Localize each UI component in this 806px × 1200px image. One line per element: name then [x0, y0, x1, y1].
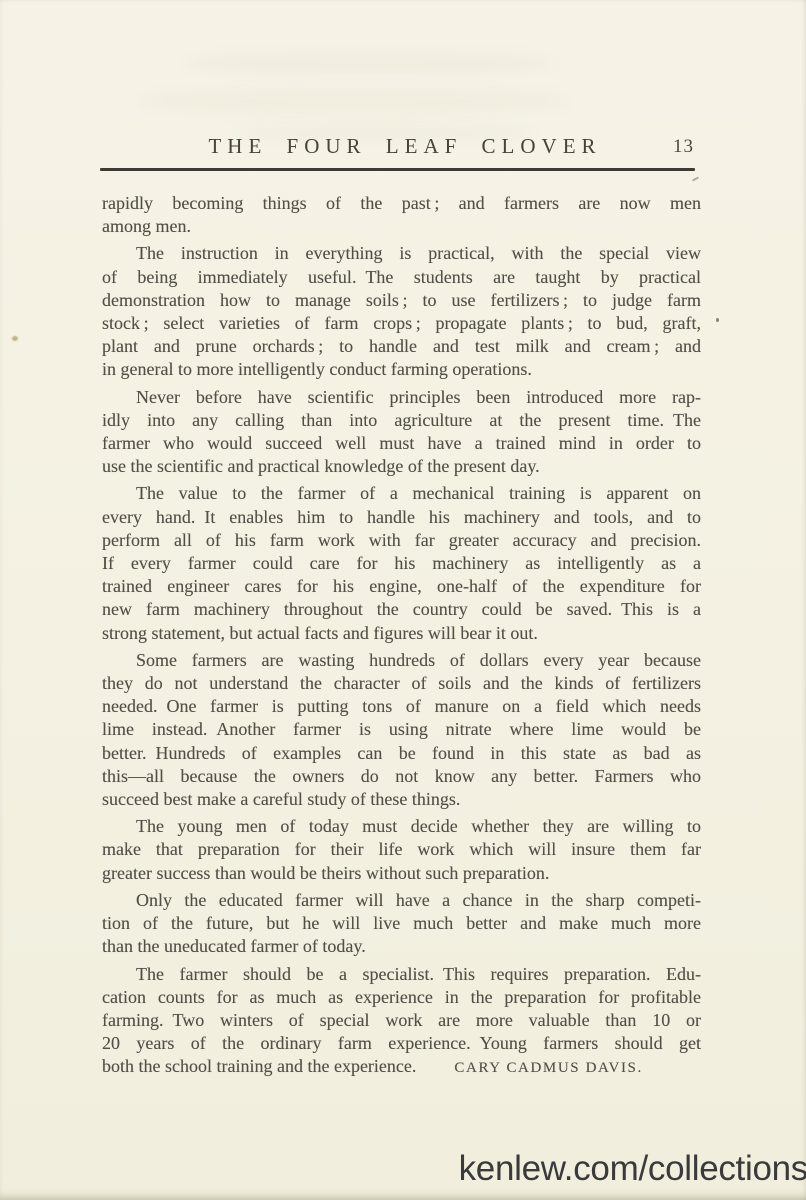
- text-line: succeed best make a careful study of the…: [102, 788, 701, 811]
- text-line: they do not understand the character of …: [102, 672, 701, 695]
- rule-tick-mark: [692, 176, 699, 181]
- page-header: THE FOUR LEAF CLOVER 13: [102, 134, 702, 162]
- text-line: needed. One farmer is putting tons of ma…: [102, 695, 701, 718]
- text-line: of being immediately useful. The student…: [102, 266, 701, 289]
- watermark: kenlew.com/collections: [459, 1149, 806, 1189]
- text-line: than the uneducated farmer of today.: [102, 935, 701, 958]
- text-line: this—all because the owners do not know …: [102, 765, 701, 788]
- text-line: among men.: [102, 215, 701, 238]
- text-line: new farm machinery throughout the countr…: [102, 598, 701, 621]
- page-number: 13: [673, 136, 694, 158]
- text-line: trained engineer cares for his engine, o…: [102, 575, 701, 598]
- text-line: 20 years of the ordinary farm experience…: [102, 1032, 701, 1055]
- paragraph: rapidly becoming things of the past ; an…: [102, 192, 701, 238]
- paragraph: Never before have scientific principles …: [102, 386, 701, 479]
- text-line: make that preparation for their life wor…: [102, 838, 701, 861]
- bleedthrough-ghost: [185, 52, 555, 74]
- text-line: The farmer should be a specialist. This …: [102, 963, 701, 986]
- text-line: farming. Two winters of special work are…: [102, 1009, 701, 1032]
- text-line: farmer who would succeed well must have …: [102, 432, 701, 455]
- header-rule: [100, 168, 695, 171]
- paragraph: The farmer should be a specialist. This …: [102, 963, 701, 1081]
- text-line: every hand. It enables him to handle his…: [102, 506, 701, 529]
- text-line: stock ; select varieties of farm crops ;…: [102, 312, 701, 335]
- paper-speck: [12, 336, 18, 341]
- text-line: The young men of today must decide wheth…: [102, 815, 701, 838]
- text-line: tion of the future, but he will live muc…: [102, 912, 701, 935]
- text-line: better. Hundreds of examples can be foun…: [102, 742, 701, 765]
- text-line: both the school training and the experie…: [102, 1055, 701, 1080]
- running-title: THE FOUR LEAF CLOVER: [102, 134, 702, 159]
- paragraph: The instruction in everything is practic…: [102, 242, 701, 381]
- text-line: cation counts for as much as experience …: [102, 986, 701, 1009]
- paper-speck: [716, 318, 719, 322]
- page-body: rapidly becoming things of the past ; an…: [102, 192, 701, 1081]
- paragraph: The value to the farmer of a mechanical …: [102, 482, 701, 644]
- book-page-scan: THE FOUR LEAF CLOVER 13 rapidly becoming…: [0, 0, 806, 1200]
- text-line: strong statement, but actual facts and f…: [102, 622, 701, 645]
- text-line: demonstration how to manage soils ; to u…: [102, 289, 701, 312]
- text-line: plant and prune orchards ; to handle and…: [102, 335, 701, 358]
- paragraph: The young men of today must decide wheth…: [102, 815, 701, 885]
- text-line: rapidly becoming things of the past ; an…: [102, 192, 701, 215]
- text-line: use the scientific and practical knowled…: [102, 455, 701, 478]
- paragraph: Some farmers are wasting hundreds of dol…: [102, 649, 701, 811]
- text-line: lime instead. Another farmer is using ni…: [102, 718, 701, 741]
- text-line: Never before have scientific principles …: [102, 386, 701, 409]
- text-line: greater success than would be theirs wit…: [102, 862, 701, 885]
- text-line: The value to the farmer of a mechanical …: [102, 482, 701, 505]
- text-line: Only the educated farmer will have a cha…: [102, 889, 701, 912]
- text-line: Some farmers are wasting hundreds of dol…: [102, 649, 701, 672]
- text-line: in general to more intelligently conduct…: [102, 358, 701, 381]
- bleedthrough-ghost: [140, 88, 570, 114]
- text-line: idly into any calling than into agricult…: [102, 409, 701, 432]
- author-attribution: CARY CADMUS DAVIS.: [454, 1060, 642, 1076]
- text-line: The instruction in everything is practic…: [102, 242, 701, 265]
- paragraph: Only the educated farmer will have a cha…: [102, 889, 701, 959]
- text-line: If every farmer could care for his machi…: [102, 552, 701, 575]
- text-line: perform all of his farm work with far gr…: [102, 529, 701, 552]
